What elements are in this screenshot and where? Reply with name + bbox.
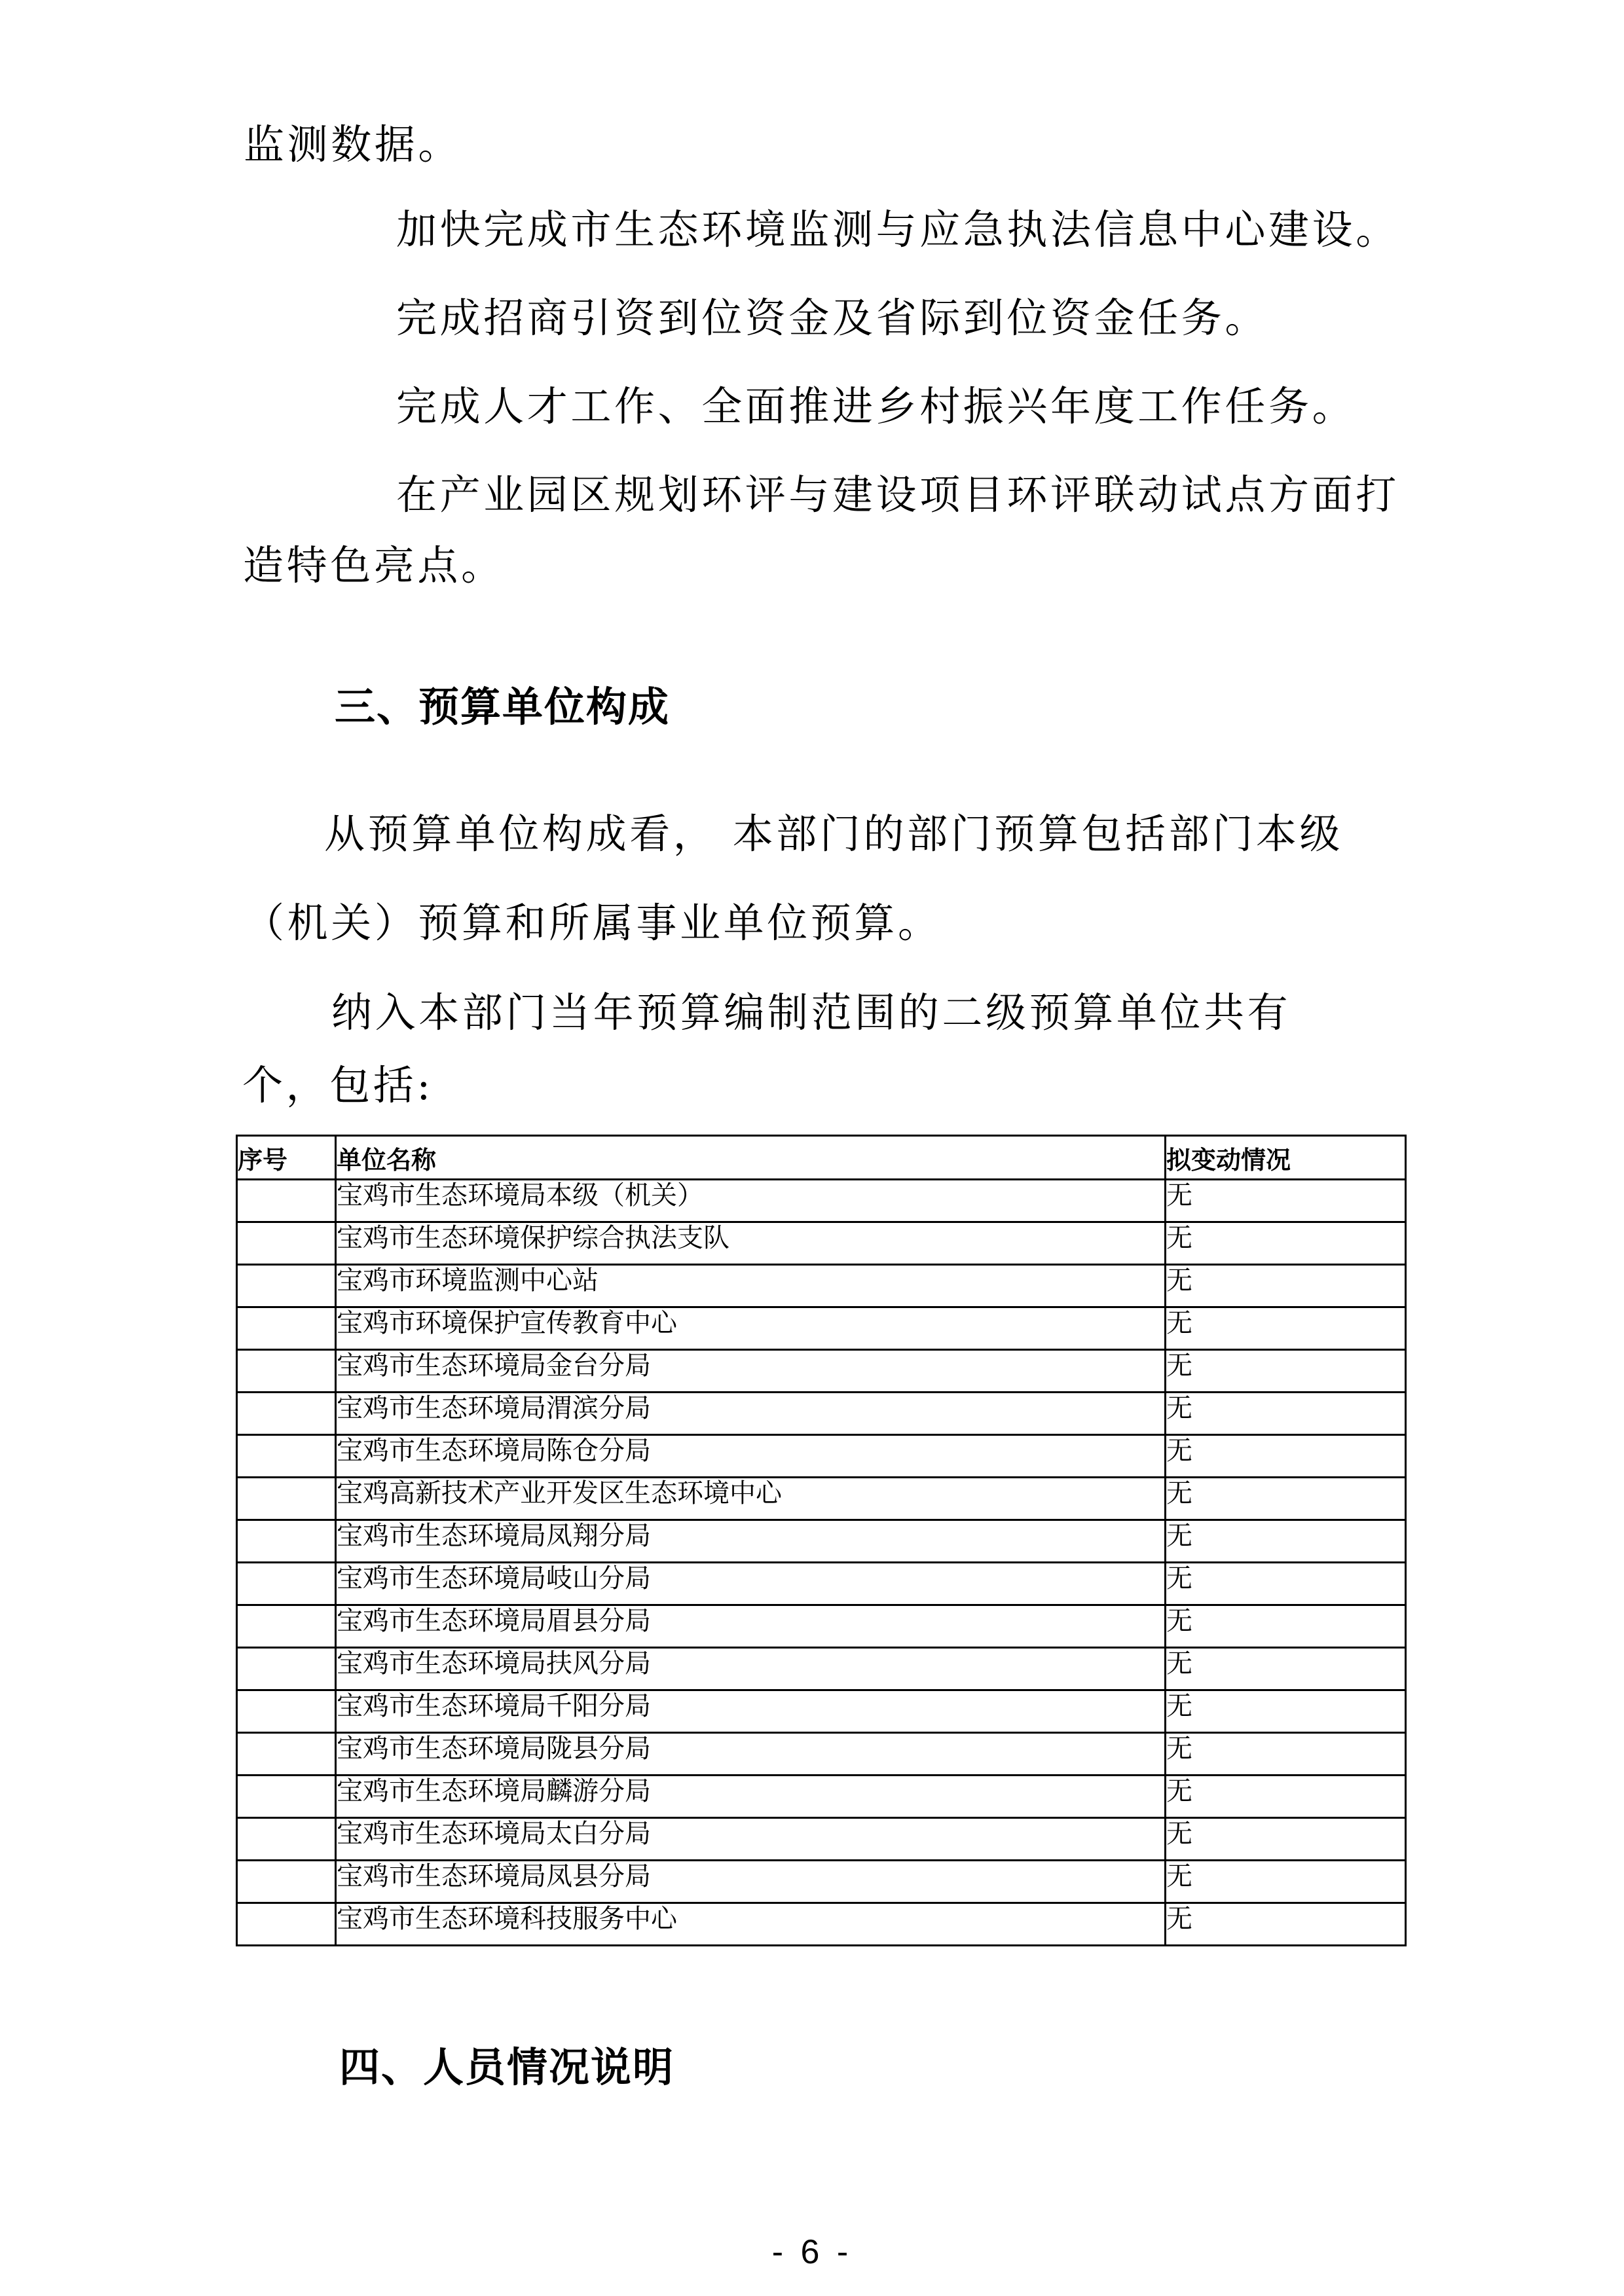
planned-change-cell: 无 [1166,1435,1406,1478]
unit-name-cell: 宝鸡市生态环境局本级（机关） [336,1180,1166,1222]
table-row: 宝鸡市生态环境局凤县分局无 [237,1861,1406,1903]
unit-name-cell: 宝鸡市生态环境局凤县分局 [336,1861,1166,1903]
planned-change-cell: 无 [1166,1393,1406,1435]
body-text-line: （机关）预算和所属事业单位预算。 [244,900,942,946]
unit-name-cell: 宝鸡市生态环境局扶风分局 [336,1648,1166,1690]
table-row: 宝鸡市生态环境局金台分局无 [237,1350,1406,1393]
seq-cell [237,1903,336,1946]
unit-name-cell: 宝鸡市生态环境局眉县分局 [336,1605,1166,1648]
planned-change-cell: 无 [1166,1180,1406,1222]
table-row: 宝鸡市生态环境局岐山分局无 [237,1563,1406,1605]
column-header-seq: 序号 [237,1136,336,1180]
planned-change-cell: 无 [1166,1478,1406,1520]
planned-change-cell: 无 [1166,1776,1406,1818]
seq-cell [237,1776,336,1818]
unit-name-cell: 宝鸡市环境保护宣传教育中心 [336,1307,1166,1350]
table-row: 宝鸡市环境监测中心站无 [237,1265,1406,1307]
seq-cell [237,1350,336,1393]
seq-cell [237,1478,336,1520]
page-number: - 6 - [0,2232,1624,2272]
seq-cell [237,1520,336,1563]
planned-change-cell: 无 [1166,1818,1406,1861]
unit-name-cell: 宝鸡高新技术产业开发区生态环境中心 [336,1478,1166,1520]
table-row: 宝鸡市生态环境科技服务中心无 [237,1903,1406,1946]
section-heading-staff: 四、人员情况说明 [339,2045,674,2090]
column-header-planned-change: 拟变动情况 [1166,1136,1406,1180]
seq-cell [237,1605,336,1648]
seq-cell [237,1222,336,1265]
seq-cell [237,1690,336,1733]
planned-change-cell: 无 [1166,1903,1406,1946]
table-row: 宝鸡市生态环境局眉县分局无 [237,1605,1406,1648]
seq-cell [237,1307,336,1350]
seq-cell [237,1818,336,1861]
unit-name-cell: 宝鸡市生态环境局太白分局 [336,1818,1166,1861]
table-row: 宝鸡市生态环境局本级（机关）无 [237,1180,1406,1222]
table-row: 宝鸡市生态环境局扶风分局无 [237,1648,1406,1690]
planned-change-cell: 无 [1166,1648,1406,1690]
body-text-line: 纳入本部门当年预算编制范围的二级预算单位共有 [331,990,1291,1036]
table-row: 宝鸡市生态环境局陈仓分局无 [237,1435,1406,1478]
planned-change-cell: 无 [1166,1520,1406,1563]
body-text-line: 在产业园区规划环评与建设项目环评联动试点方面打 [396,472,1399,518]
unit-name-cell: 宝鸡市生态环境局陈仓分局 [336,1435,1166,1478]
section-heading-budget-units: 三、预算单位构成 [335,684,670,730]
unit-name-cell: 宝鸡市生态环境局麟游分局 [336,1776,1166,1818]
unit-name-cell: 宝鸡市生态环境局金台分局 [336,1350,1166,1393]
unit-name-cell: 宝鸡市生态环境局渭滨分局 [336,1393,1166,1435]
seq-cell [237,1861,336,1903]
table-row: 宝鸡市生态环境局渭滨分局无 [237,1393,1406,1435]
unit-name-cell: 宝鸡市生态环境局凤翔分局 [336,1520,1166,1563]
body-text-line: 加快完成市生态环境监测与应急执法信息中心建设。 [396,207,1399,253]
unit-name-cell: 宝鸡市环境监测中心站 [336,1265,1166,1307]
table-row: 宝鸡市生态环境保护综合执法支队无 [237,1222,1406,1265]
seq-cell [237,1265,336,1307]
body-text-line: 造特色亮点。 [243,543,505,589]
table-row: 宝鸡市生态环境局陇县分局无 [237,1733,1406,1776]
planned-change-cell: 无 [1166,1690,1406,1733]
seq-cell [237,1733,336,1776]
table-row: 宝鸡市生态环境局太白分局无 [237,1818,1406,1861]
planned-change-cell: 无 [1166,1350,1406,1393]
table-row: 宝鸡高新技术产业开发区生态环境中心无 [237,1478,1406,1520]
body-text-line: 完成招商引资到位资金及省际到位资金任务。 [396,295,1268,341]
planned-change-cell: 无 [1166,1265,1406,1307]
planned-change-cell: 无 [1166,1222,1406,1265]
column-header-unit-name: 单位名称 [336,1136,1166,1180]
seq-cell [237,1435,336,1478]
seq-cell [237,1648,336,1690]
table-header-row: 序号 单位名称 拟变动情况 [237,1136,1406,1180]
planned-change-cell: 无 [1166,1861,1406,1903]
body-text-line: 完成人才工作、全面推进乡村振兴年度工作任务。 [396,384,1356,429]
seq-cell [237,1180,336,1222]
body-text-line: 从预算单位构成看， 本部门的部门预算包括部门本级 [324,811,1343,857]
table-row: 宝鸡市生态环境局千阳分局无 [237,1690,1406,1733]
unit-name-cell: 宝鸡市生态环境科技服务中心 [336,1903,1166,1946]
table-row: 宝鸡市生态环境局麟游分局无 [237,1776,1406,1818]
document-page: 监测数据。 加快完成市生态环境监测与应急执法信息中心建设。 完成招商引资到位资金… [0,0,1624,2296]
unit-name-cell: 宝鸡市生态环境保护综合执法支队 [336,1222,1166,1265]
seq-cell [237,1563,336,1605]
table-row: 宝鸡市环境保护宣传教育中心无 [237,1307,1406,1350]
body-text-line: 个，包括: [242,1063,434,1108]
seq-cell [237,1393,336,1435]
table-row: 宝鸡市生态环境局凤翔分局无 [237,1520,1406,1563]
body-text-line: 监测数据。 [244,122,462,168]
planned-change-cell: 无 [1166,1733,1406,1776]
planned-change-cell: 无 [1166,1563,1406,1605]
unit-name-cell: 宝鸡市生态环境局岐山分局 [336,1563,1166,1605]
unit-name-cell: 宝鸡市生态环境局千阳分局 [336,1690,1166,1733]
budget-units-table: 序号 单位名称 拟变动情况 宝鸡市生态环境局本级（机关）无 宝鸡市生态环境保护综… [236,1135,1407,1946]
planned-change-cell: 无 [1166,1307,1406,1350]
planned-change-cell: 无 [1166,1605,1406,1648]
unit-name-cell: 宝鸡市生态环境局陇县分局 [336,1733,1166,1776]
